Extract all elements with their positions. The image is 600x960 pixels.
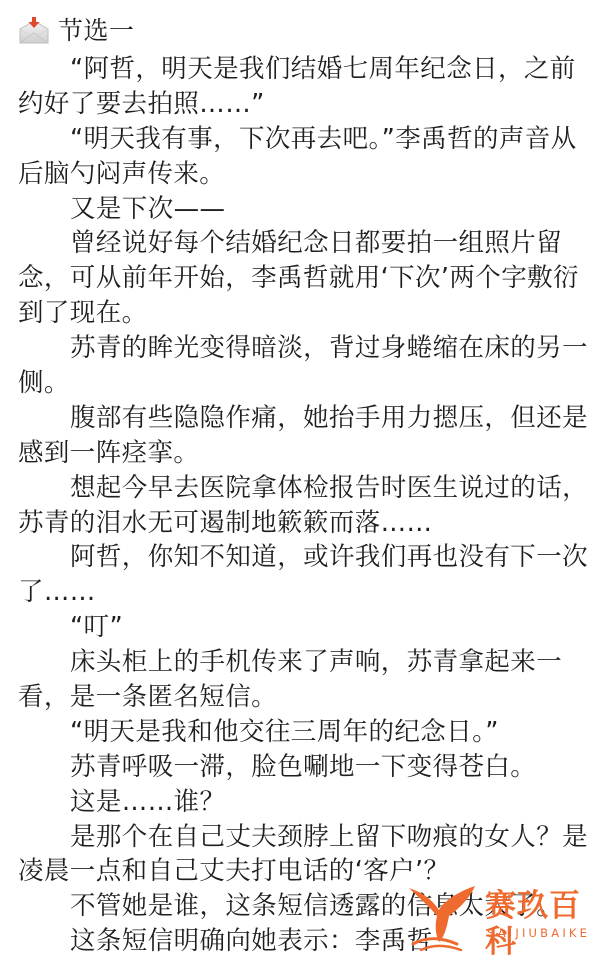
text-line: 阿哲，你知不知道，或许我们再也没有下一次	[18, 540, 588, 575]
text-line: “明天是我和他交往三周年的纪念日。”	[18, 715, 588, 750]
text-line: 感到一阵痉挛。	[18, 436, 588, 471]
watermark: 赛玖百科 SAIJIUBAIKE	[405, 882, 600, 952]
text-line: 是那个在自己丈夫颈脖上留下吻痕的女人？是	[18, 820, 588, 855]
section-header: 节选一	[18, 14, 135, 48]
watermark-brand-cn: 赛玖百科	[485, 888, 600, 960]
watermark-brand-en: SAIJIUBAIKE	[487, 926, 590, 940]
text-line: 到了现在。	[18, 296, 588, 331]
text-line: 想起今早去医院拿体检报告时医生说过的话，	[18, 471, 588, 506]
text-line: 苏青的泪水无可遏制地簌簌而落……	[18, 506, 588, 541]
text-line: 床头柜上的手机传来了声响，苏青拿起来一	[18, 645, 588, 680]
text-line: 了……	[18, 575, 588, 610]
document-page: 节选一 “阿哲，明天是我们结婚七周年纪念日，之前 约好了要去拍照……” “明天我…	[0, 0, 600, 960]
whale-tail-icon	[405, 882, 483, 952]
text-line: 后脑勺闷声传来。	[18, 157, 588, 192]
text-line: 曾经说好每个结婚纪念日都要拍一组照片留	[18, 226, 588, 261]
text-line: “明天我有事，下次再去吧。”李禹哲的声音从	[18, 122, 588, 157]
text-line: 又是下次——	[18, 192, 588, 227]
text-line: 看，是一条匿名短信。	[18, 680, 588, 715]
text-line: 苏青呼吸一滞，脸色唰地一下变得苍白。	[18, 750, 588, 785]
text-line: 腹部有些隐隐作痛，她抬手用力摁压，但还是	[18, 401, 588, 436]
text-line: 约好了要去拍照……”	[18, 87, 588, 122]
text-line: 这是……谁？	[18, 785, 588, 820]
text-line: “阿哲，明天是我们结婚七周年纪念日，之前	[18, 52, 588, 87]
section-title: 节选一	[58, 14, 135, 48]
text-line: 念，可从前年开始，李禹哲就用‘下次’两个字敷衍	[18, 261, 588, 296]
text-line: 侧。	[18, 366, 588, 401]
excerpt-body: “阿哲，明天是我们结婚七周年纪念日，之前 约好了要去拍照……” “明天我有事，下…	[18, 52, 588, 959]
mail-download-icon	[18, 17, 50, 45]
text-line: “叮”	[18, 610, 588, 645]
text-line: 苏青的眸光变得暗淡，背过身蜷缩在床的另一	[18, 331, 588, 366]
